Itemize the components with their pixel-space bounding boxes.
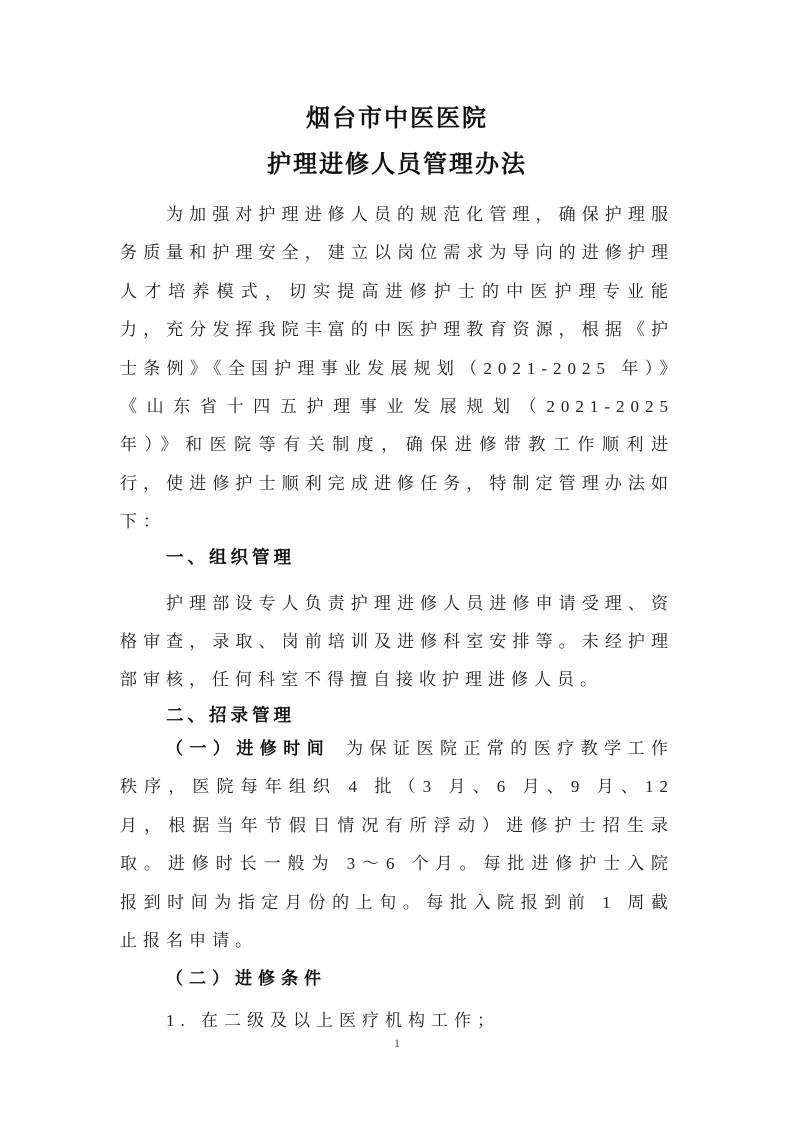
intro-paragraph: 为加强对护理进修人员的规范化管理，确保护理服务质量和护理安全，建立以岗位需求为导… <box>120 196 674 542</box>
document-title: 烟台市中医医院 护理进修人员管理办法 <box>120 96 674 188</box>
subsection-training-conditions-label: （二）进修条件 <box>120 964 674 994</box>
subsection-training-time-label: （一）进修时间 <box>166 739 330 758</box>
condition-item-1: 1. 在二级及以上医疗机构工作； <box>120 1002 674 1040</box>
section-heading-organization: 一、组织管理 <box>120 542 674 572</box>
section-heading-recruitment: 二、招录管理 <box>120 700 674 730</box>
subsection-training-time-text: 为保证医院正常的医疗教学工作秩序，医院每年组织 4 批（3 月、6 月、9 月、… <box>120 739 674 950</box>
title-line-1: 烟台市中医医院 <box>120 96 674 142</box>
page-number: 1 <box>0 1036 794 1051</box>
subsection-training-time: （一）进修时间为保证医院正常的医疗教学工作秩序，医院每年组织 4 批（3 月、6… <box>120 730 674 960</box>
document-content: 烟台市中医医院 护理进修人员管理办法 为加强对护理进修人员的规范化管理，确保护理… <box>0 0 794 1041</box>
document-page: 烟台市中医医院 护理进修人员管理办法 为加强对护理进修人员的规范化管理，确保护理… <box>0 0 794 1123</box>
organization-paragraph: 护理部设专人负责护理进修人员进修申请受理、资格审查，录取、岗前培训及进修科室安排… <box>120 585 674 700</box>
title-line-2: 护理进修人员管理办法 <box>120 142 674 188</box>
